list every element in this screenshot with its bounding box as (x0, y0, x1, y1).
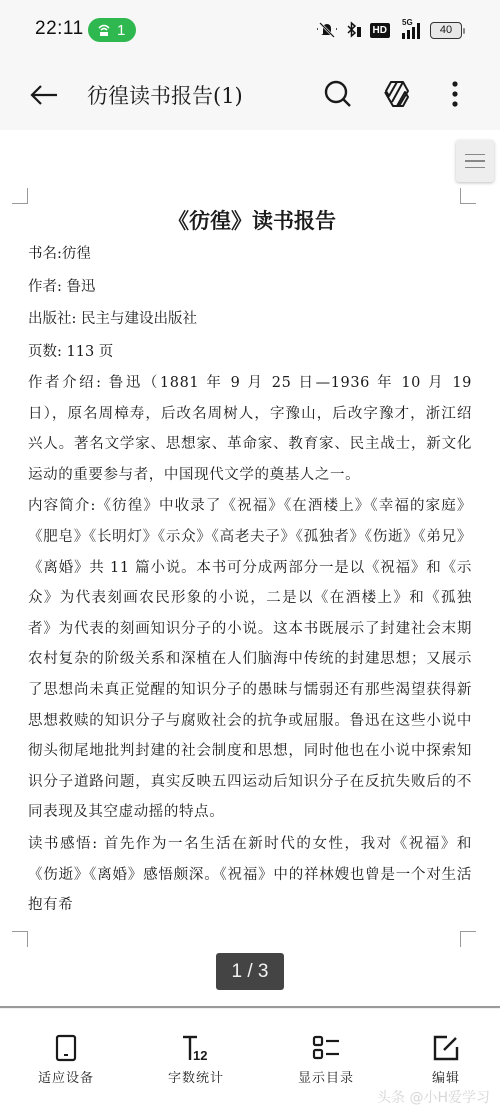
page-corner-mark (460, 931, 476, 947)
mute-bell-icon (316, 21, 338, 39)
edit-button[interactable]: 编辑 (396, 1033, 496, 1086)
back-arrow-icon (28, 80, 60, 110)
watermark: 头条 @小H爱学习 (377, 1087, 490, 1107)
fit-device-button[interactable]: 适应设备 (16, 1033, 116, 1086)
field-book-name: 书名:彷徨 (28, 238, 472, 271)
document-page: 《彷徨》读书报告 书名:彷徨 作者: 鲁迅 出版社: 民主与建设出版社 页数: … (28, 204, 472, 922)
show-toc-button[interactable]: 显示目录 (276, 1033, 376, 1086)
more-vertical-icon (443, 78, 467, 110)
page-corner-mark (12, 931, 28, 947)
show-toc-label: 显示目录 (298, 1067, 354, 1086)
word-count-label: 字数统计 (168, 1067, 224, 1086)
page-indicator: 1 / 3 (216, 953, 284, 990)
app-bar: 彷徨读书报告(1) (0, 60, 500, 130)
search-button[interactable] (322, 78, 354, 110)
report-title: 《彷徨》读书报告 (32, 204, 472, 238)
bottom-toolbar: 适应设备 12 字数统计 显示目录 (0, 1008, 500, 1118)
author-intro-paragraph: 作者介绍: 鲁迅（1881 年 9 月 25 日—1936 年 10 月 19 … (28, 368, 472, 490)
hotspot-icon (97, 23, 111, 37)
signal-5g-icon: 5G (398, 20, 422, 40)
bluetooth-icon (346, 21, 362, 39)
hd-voice-badge: HD (370, 23, 390, 38)
battery-indicator: 40 (430, 22, 462, 39)
back-button[interactable] (28, 80, 60, 110)
field-publisher: 出版社: 民主与建设出版社 (28, 303, 472, 336)
more-options-button[interactable] (443, 78, 467, 110)
grip-line (465, 154, 485, 156)
ai-assistant-icon (381, 78, 413, 110)
status-icons: HD 5G 40 (316, 19, 462, 41)
ai-assistant-button[interactable] (381, 78, 413, 110)
scroll-handle[interactable] (456, 140, 494, 182)
grip-line (465, 160, 485, 162)
content-summary-paragraph: 内容简介:《彷徨》中收录了《祝福》《在酒楼上》《幸福的家庭》《肥皂》《长明灯》《… (28, 491, 472, 828)
word-count-icon: 12 (181, 1033, 211, 1063)
fit-device-icon (55, 1034, 77, 1062)
reflection-paragraph: 读书感悟: 首先作为一名生活在新时代的女性，我对《祝福》和《伤逝》《离婚》感悟颇… (28, 829, 472, 921)
page-corner-mark (12, 188, 28, 204)
edit-icon (433, 1035, 459, 1061)
hotspot-indicator[interactable]: 1 (88, 18, 136, 42)
table-of-contents-icon (312, 1035, 340, 1061)
grip-line (465, 167, 485, 169)
svg-text:12: 12 (193, 1048, 207, 1062)
hotspot-count: 1 (117, 22, 125, 39)
field-author: 作者: 鲁迅 (28, 271, 472, 304)
status-bar: 22:11 1 HD 5G (0, 0, 500, 60)
page-corner-mark (460, 188, 476, 204)
edit-label: 编辑 (432, 1067, 460, 1086)
word-count-button[interactable]: 12 字数统计 (146, 1033, 246, 1086)
search-icon (322, 78, 354, 110)
status-time: 22:11 (35, 18, 84, 40)
field-pages: 页数: 113 页 (28, 336, 472, 369)
fit-device-label: 适应设备 (38, 1067, 94, 1086)
document-viewer[interactable]: 《彷徨》读书报告 书名:彷徨 作者: 鲁迅 出版社: 民主与建设出版社 页数: … (0, 130, 500, 1007)
document-title: 彷徨读书报告(1) (87, 80, 243, 110)
